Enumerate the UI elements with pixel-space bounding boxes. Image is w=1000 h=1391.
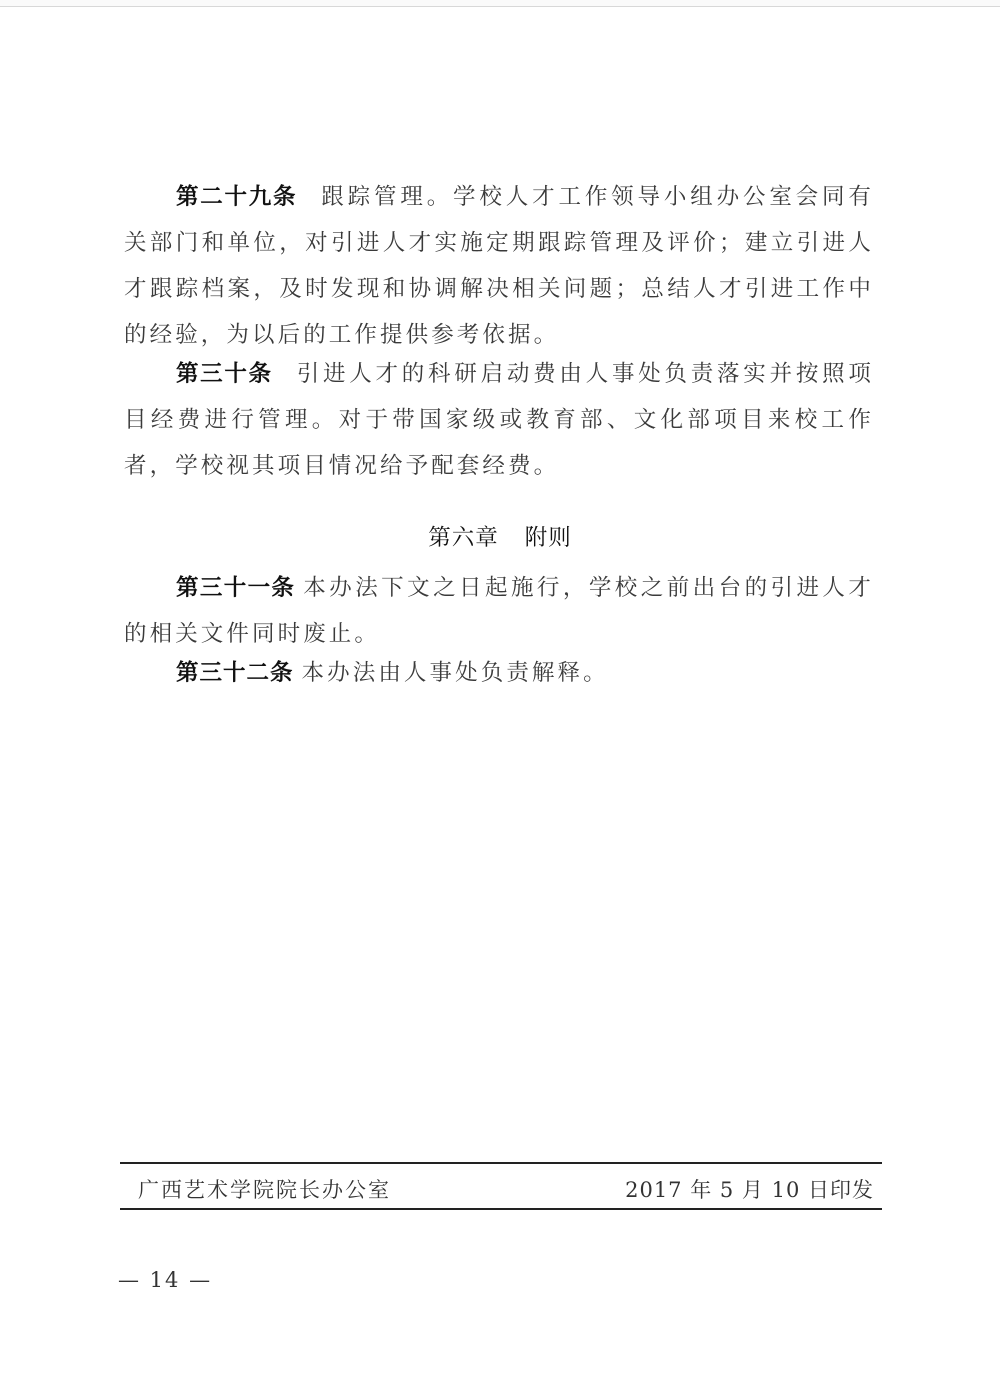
chapter-heading: 第六章附则 <box>0 520 1000 552</box>
footer-rule-bottom <box>120 1208 882 1210</box>
footer-date: 2017 年 5 月 10 日印发 <box>625 1174 874 1204</box>
chapter-title: 附则 <box>525 520 572 552</box>
footer-rule-top <box>120 1162 882 1164</box>
footer-issuer: 广西艺术学院院长办公室 <box>138 1174 391 1204</box>
article-text: 本办法由人事处负责解释。 <box>302 660 609 686</box>
article-30: 第三十条引进人才的科研启动费由人事处负责落实并按照项目经费进行管理。对于带国家级… <box>124 351 874 489</box>
chapter-number: 第六章 <box>428 520 499 552</box>
article-32: 第三十二条本办法由人事处负责解释。 <box>124 650 874 696</box>
article-label: 第三十一条 <box>176 575 295 601</box>
article-31: 第三十一条本办法下文之日起施行，学校之前出台的引进人才的相关文件同时废止。 <box>124 565 874 657</box>
article-label: 第二十九条 <box>176 184 297 210</box>
article-label: 第三十二条 <box>176 660 294 686</box>
article-label: 第三十条 <box>176 361 273 387</box>
page-number: — 14 — <box>118 1268 212 1292</box>
page-top-edge <box>0 0 1000 7</box>
article-29: 第二十九条跟踪管理。学校人才工作领导小组办公室会同有关部门和单位，对引进人才实施… <box>124 174 874 358</box>
